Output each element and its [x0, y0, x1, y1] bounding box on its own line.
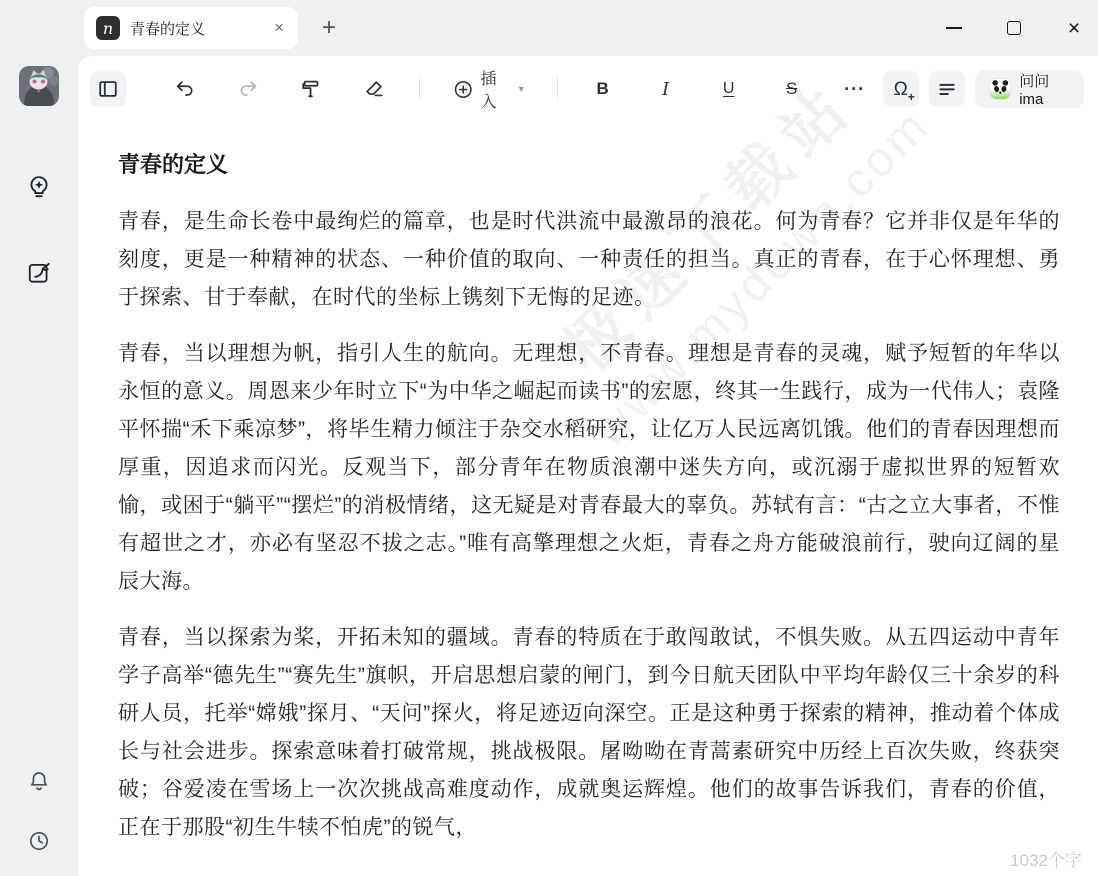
redo-button[interactable] [230, 71, 266, 107]
close-icon: × [1068, 18, 1080, 39]
clock-icon [27, 829, 51, 853]
strikethrough-label: S [786, 79, 797, 99]
align-lines-icon [937, 79, 957, 99]
italic-label: I [662, 79, 669, 100]
notifications-button[interactable] [24, 766, 54, 796]
document-tab[interactable]: n 青春的定义 × [84, 7, 298, 49]
paragraph-2[interactable]: 青春，当以理想为帆，指引人生的航向。无理想，不青春。理想是青春的灵魂，赋予短暂的… [118, 335, 1060, 601]
close-window-button[interactable]: × [1064, 18, 1084, 38]
compose-icon [26, 260, 52, 286]
eraser-button[interactable] [356, 71, 392, 107]
editor-panel: 插入 ▾ B I U S ··· Ω+ [78, 56, 1098, 876]
new-tab-button[interactable]: + [322, 16, 336, 40]
idea-bulb-button[interactable] [24, 172, 54, 202]
close-tab-icon[interactable]: × [272, 18, 286, 38]
minimize-icon [946, 27, 962, 29]
eraser-icon [363, 78, 385, 100]
window-controls: × [944, 0, 1084, 56]
plus-glyph: + [908, 91, 915, 103]
bold-button[interactable]: B [585, 71, 621, 107]
sidebar [0, 56, 78, 876]
ask-ima-button[interactable]: 问问ima [975, 70, 1084, 108]
panda-icon [989, 77, 1012, 101]
format-painter-button[interactable] [293, 71, 329, 107]
strikethrough-button[interactable]: S [774, 71, 810, 107]
app-window: n 青春的定义 × + × [0, 0, 1098, 876]
user-avatar[interactable] [19, 66, 59, 106]
undo-icon [174, 78, 196, 100]
underline-button[interactable]: U [711, 71, 747, 107]
toolbar-right-group: ··· Ω+ [837, 70, 1086, 108]
idea-bulb-icon [26, 174, 52, 200]
caret-down-icon: ▾ [519, 84, 524, 95]
maximize-icon [1007, 21, 1021, 35]
more-options-button[interactable]: ··· [837, 71, 873, 107]
tab-title: 青春的定义 [130, 18, 262, 39]
more-dots-icon: ··· [844, 79, 865, 100]
omega-add-icon: Ω+ [894, 80, 908, 99]
maximize-button[interactable] [1004, 18, 1024, 38]
omega-glyph: Ω [894, 79, 908, 100]
toolbar-divider [557, 76, 558, 102]
editor-toolbar: 插入 ▾ B I U S ··· Ω+ [78, 56, 1098, 122]
paragraph-1[interactable]: 青春，是生命长卷中最绚烂的篇章，也是时代洪流中最激昂的浪花。何为青春？它并非仅是… [118, 203, 1060, 317]
insert-plus-icon [453, 79, 473, 100]
italic-button[interactable]: I [648, 71, 684, 107]
panel-toggle-icon [97, 78, 119, 100]
titlebar: n 青春的定义 × + × [0, 0, 1098, 56]
redo-icon [237, 78, 259, 100]
bell-icon [27, 769, 51, 793]
insert-button[interactable]: 插入 ▾ [447, 71, 530, 107]
alignment-button[interactable] [929, 71, 965, 107]
underline-label: U [723, 80, 735, 98]
insert-label: 插入 [480, 66, 511, 112]
minimize-button[interactable] [944, 18, 964, 38]
ask-ima-label: 问问ima [1019, 70, 1070, 108]
paragraph-3[interactable]: 青春，当以探索为桨，开拓未知的疆域。青春的特质在于敢闯敢试，不惧失败。从五四运动… [118, 619, 1060, 847]
undo-button[interactable] [167, 71, 203, 107]
special-character-button[interactable]: Ω+ [883, 71, 919, 107]
ima-logo-icon: n [96, 16, 120, 40]
history-button[interactable] [24, 826, 54, 856]
format-painter-icon [300, 78, 322, 100]
bold-label: B [597, 79, 609, 99]
avatar-image [19, 66, 59, 106]
ima-logo-glyph: n [103, 19, 113, 38]
toolbar-divider [419, 76, 420, 102]
panel-toggle-button[interactable] [90, 71, 126, 107]
document-editor[interactable]: 青春的定义 青春，是生命长卷中最绚烂的篇章，也是时代洪流中最激昂的浪花。何为青春… [78, 122, 1098, 876]
word-count: 1032个字 [1010, 846, 1082, 871]
compose-button[interactable] [24, 258, 54, 288]
document-title[interactable]: 青春的定义 [118, 148, 1060, 179]
